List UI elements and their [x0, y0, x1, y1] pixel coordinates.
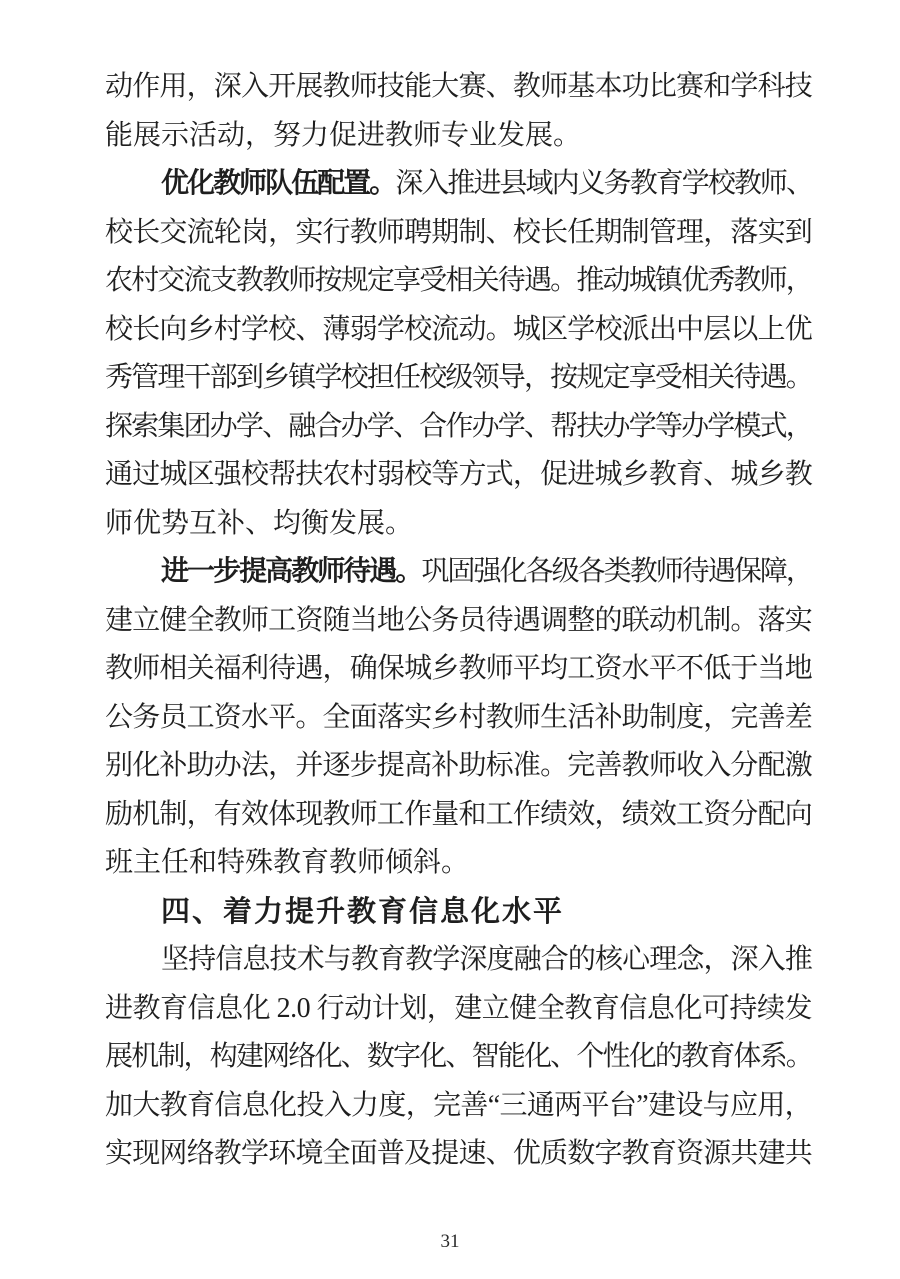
text-line: 加大教育信息化投入力度，完善“三通两平台”建设与应用， — [105, 1082, 812, 1131]
text-run: 坚持信息技术与教育教学深度融合的核心理念，深入推 — [161, 944, 812, 975]
text-run: 动作用，深入开展教师技能大赛、教师基本功比赛和学科技 — [105, 71, 812, 102]
text-line: 实现网络教学环境全面普及提速、优质数字教育资源共建共 — [105, 1130, 812, 1179]
text-line: 农村交流支教教师按规定享受相关待遇。推动城镇优秀教师， — [105, 257, 812, 306]
text-line: 班主任和特殊教育教师倾斜。 — [105, 839, 812, 888]
document-body: 动作用，深入开展教师技能大赛、教师基本功比赛和学科技能展示活动，努力促进教师专业… — [105, 63, 812, 1179]
text-run: 实现网络教学环境全面普及提速、优质数字教育资源共建共 — [105, 1138, 812, 1169]
text-line: 探索集团办学、融合办学、合作办学、帮扶办学等办学模式， — [105, 403, 812, 452]
text-line: 校长向乡村学校、薄弱学校流动。城区学校派出中层以上优 — [105, 306, 812, 355]
text-run: 校长交流轮岗，实行教师聘期制、校长任期制管理，落实到 — [105, 217, 812, 248]
line-runs: 励机制，有效体现教师工作量和工作绩效，绩效工资分配向 — [105, 799, 812, 830]
text-run: 教师相关福利待遇，确保城乡教师平均工资水平不低于当地 — [105, 653, 812, 684]
text-run: 通过城区强校帮扶农村弱校等方式，促进城乡教育、城乡教 — [105, 459, 812, 490]
line-runs: 教师相关福利待遇，确保城乡教师平均工资水平不低于当地 — [105, 653, 812, 684]
line-runs: 校长交流轮岗，实行教师聘期制、校长任期制管理，落实到 — [105, 217, 812, 248]
text-run: 展机制，构建网络化、数字化、智能化、个性化的教育体系。 — [105, 1041, 812, 1072]
line-runs: 公务员工资水平。全面落实乡村教师生活补助制度，完善差 — [105, 702, 812, 733]
bold-run: 进一步提高教师待遇。 — [161, 556, 421, 587]
line-runs: 动作用，深入开展教师技能大赛、教师基本功比赛和学科技 — [105, 71, 812, 102]
text-run: 校长向乡村学校、薄弱学校流动。城区学校派出中层以上优 — [105, 314, 812, 345]
text-line: 建立健全教师工资随当地公务员待遇调整的联动机制。落实 — [105, 597, 812, 646]
line-runs: 别化补助办法，并逐步提高补助标准。完善教师收入分配激 — [105, 750, 812, 781]
text-run: 公务员工资水平。全面落实乡村教师生活补助制度，完善差 — [105, 702, 812, 733]
line-runs: 进教育信息化 2.0 行动计划，建立健全教育信息化可持续发 — [105, 993, 812, 1024]
line-runs: 进一步提高教师待遇。巩固强化各级各类教师待遇保障， — [161, 556, 812, 587]
text-run: 班主任和特殊教育教师倾斜。 — [105, 847, 469, 878]
bold-run: 四、着力提升教育信息化水平 — [161, 896, 564, 928]
line-runs: 班主任和特殊教育教师倾斜。 — [105, 847, 469, 878]
text-run: 建立健全教师工资随当地公务员待遇调整的联动机制。落实 — [105, 605, 812, 636]
line-runs: 秀管理干部到乡镇学校担任校级领导，按规定享受相关待遇。 — [105, 362, 812, 393]
text-run: 进教育信息化 2.0 行动计划，建立健全教育信息化可持续发 — [105, 993, 812, 1024]
text-line: 校长交流轮岗，实行教师聘期制、校长任期制管理，落实到 — [105, 209, 812, 258]
line-runs: 坚持信息技术与教育教学深度融合的核心理念，深入推 — [161, 944, 812, 975]
text-line: 能展示活动，努力促进教师专业发展。 — [105, 112, 812, 161]
text-line: 进教育信息化 2.0 行动计划，建立健全教育信息化可持续发 — [105, 985, 812, 1034]
text-line: 坚持信息技术与教育教学深度融合的核心理念，深入推 — [105, 936, 812, 985]
text-line: 师优势互补、均衡发展。 — [105, 500, 812, 549]
line-runs: 展机制，构建网络化、数字化、智能化、个性化的教育体系。 — [105, 1041, 812, 1072]
page-number: 31 — [0, 1231, 900, 1253]
text-line: 进一步提高教师待遇。巩固强化各级各类教师待遇保障， — [105, 548, 812, 597]
line-runs: 能展示活动，努力促进教师专业发展。 — [105, 120, 581, 151]
line-runs: 师优势互补、均衡发展。 — [105, 508, 413, 539]
text-line: 别化补助办法，并逐步提高补助标准。完善教师收入分配激 — [105, 742, 812, 791]
text-run: 别化补助办法，并逐步提高补助标准。完善教师收入分配激 — [105, 750, 812, 781]
text-run: 农村交流支教教师按规定享受相关待遇。推动城镇优秀教师， — [105, 265, 812, 296]
text-run: 秀管理干部到乡镇学校担任校级领导，按规定享受相关待遇。 — [105, 362, 812, 393]
bold-run: 优化教师队伍配置。 — [161, 168, 395, 199]
text-line: 教师相关福利待遇，确保城乡教师平均工资水平不低于当地 — [105, 645, 812, 694]
line-runs: 建立健全教师工资随当地公务员待遇调整的联动机制。落实 — [105, 605, 812, 636]
text-run: 励机制，有效体现教师工作量和工作绩效，绩效工资分配向 — [105, 799, 812, 830]
line-runs: 实现网络教学环境全面普及提速、优质数字教育资源共建共 — [105, 1138, 812, 1169]
line-runs: 加大教育信息化投入力度，完善“三通两平台”建设与应用， — [105, 1090, 812, 1121]
text-line: 励机制，有效体现教师工作量和工作绩效，绩效工资分配向 — [105, 791, 812, 840]
line-runs: 四、着力提升教育信息化水平 — [161, 897, 564, 928]
section-heading: 四、着力提升教育信息化水平 — [105, 888, 812, 937]
text-line: 公务员工资水平。全面落实乡村教师生活补助制度，完善差 — [105, 694, 812, 743]
line-runs: 通过城区强校帮扶农村弱校等方式，促进城乡教育、城乡教 — [105, 459, 812, 490]
text-run: 师优势互补、均衡发展。 — [105, 508, 413, 539]
line-runs: 校长向乡村学校、薄弱学校流动。城区学校派出中层以上优 — [105, 314, 812, 345]
text-line: 展机制，构建网络化、数字化、智能化、个性化的教育体系。 — [105, 1033, 812, 1082]
text-run: 能展示活动，努力促进教师专业发展。 — [105, 120, 581, 151]
text-line: 秀管理干部到乡镇学校担任校级领导，按规定享受相关待遇。 — [105, 354, 812, 403]
text-run: 探索集团办学、融合办学、合作办学、帮扶办学等办学模式， — [105, 411, 812, 442]
text-line: 动作用，深入开展教师技能大赛、教师基本功比赛和学科技 — [105, 63, 812, 112]
line-runs: 优化教师队伍配置。深入推进县域内义务教育学校教师、 — [161, 168, 812, 199]
text-line: 优化教师队伍配置。深入推进县域内义务教育学校教师、 — [105, 160, 812, 209]
text-run: 加大教育信息化投入力度，完善“三通两平台”建设与应用， — [105, 1090, 812, 1121]
line-runs: 探索集团办学、融合办学、合作办学、帮扶办学等办学模式， — [105, 411, 812, 442]
text-run: 深入推进县域内义务教育学校教师、 — [395, 168, 812, 199]
text-line: 通过城区强校帮扶农村弱校等方式，促进城乡教育、城乡教 — [105, 451, 812, 500]
text-run: 巩固强化各级各类教师待遇保障， — [421, 556, 812, 587]
line-runs: 农村交流支教教师按规定享受相关待遇。推动城镇优秀教师， — [105, 265, 812, 296]
